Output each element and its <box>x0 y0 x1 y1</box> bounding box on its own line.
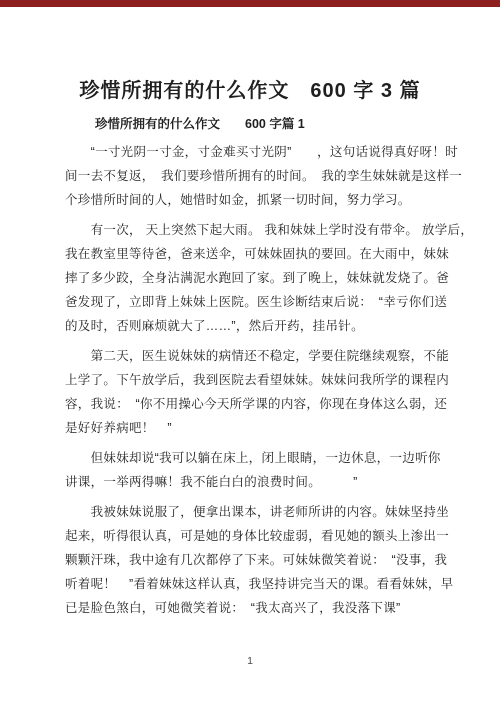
text-line: 爸发现了，立即背上妹妹上医院。医生诊断结束后说： “幸亏你们送 <box>65 290 439 314</box>
text-line: 是好好养病吧！ ” <box>65 416 439 440</box>
text-line: 听着呢！ ”看着妹妹这样认真，我坚持讲完当天的课。看看妹妹，早 <box>65 572 439 596</box>
text-line: 起来，听得很认真，可是她的身体比较虚弱，看见她的额头上渗出一 <box>65 524 439 548</box>
paragraph: 第二天，医生说妹妹的病情还不稳定，学要住院继续观察，不能上学了。下午放学后，我到… <box>65 344 439 440</box>
text-line: 上学了。下午放学后，我到医院去看望妹妹。妹妹问我所学的课程内 <box>65 368 439 392</box>
text-line: “一寸光阴一寸金，寸金难买寸光阴” ，这句话说得真好呀！时 <box>65 140 439 164</box>
paragraph: “一寸光阴一寸金，寸金难买寸光阴” ，这句话说得真好呀！时间一去不复返， 我们要… <box>65 140 439 212</box>
text-line: 讲课，一举两得嘛！我不能白白的浪费时间。 ” <box>65 470 439 494</box>
text-line: 有一次， 天上突然下起大雨。 我和妹妹上学时没有带伞。 放学后， <box>65 218 439 242</box>
text-line: 我在教室里等待爸，爸来送伞，可妹妹固执的要回。在大雨中，妹妹 <box>65 242 439 266</box>
essay-body: “一寸光阴一寸金，寸金难买寸光阴” ，这句话说得真好呀！时间一去不复返， 我们要… <box>65 140 439 620</box>
page-title: 珍惜所拥有的什么作文 600 字 3 篇 <box>0 74 500 103</box>
text-line: 摔了多少跤，全身沾满泥水跑回了家。到了晚上，妹妹就发烧了。爸 <box>65 266 439 290</box>
paragraph: 有一次， 天上突然下起大雨。 我和妹妹上学时没有带伞。 放学后，我在教室里等待爸… <box>65 218 439 338</box>
text-line: 但妹妹却说“我可以躺在床上，闭上眼睛，一边休息，一边听你 <box>65 446 439 470</box>
text-line: 我被妹妹说服了，便拿出课本，讲老师所讲的内容。妹妹坚持坐 <box>65 500 439 524</box>
text-line: 容，我说： “你不用操心今天所学课的内容，你现在身体这么弱，还 <box>65 392 439 416</box>
top-accent-bar <box>0 0 500 7</box>
page-number: 1 <box>0 655 500 667</box>
text-line: 颗颗汗珠，我中途有几次都停了下来。可妹妹微笑着说： “没事，我 <box>65 548 439 572</box>
paragraph: 我被妹妹说服了，便拿出课本，讲老师所讲的内容。妹妹坚持坐起来，听得很认真，可是她… <box>65 500 439 620</box>
section-subtitle: 珍惜所拥有的什么作文 600 字篇 1 <box>95 114 305 132</box>
text-line: 第二天，医生说妹妹的病情还不稳定，学要住院继续观察，不能 <box>65 344 439 368</box>
text-line: 已是脸色煞白，可她微笑着说： “我太高兴了，我没落下课” <box>65 596 439 620</box>
text-line: 个珍惜所时间的人，她惜时如金，抓紧一切时间，努力学习。 <box>65 188 439 212</box>
text-line: 间一去不复返， 我们要珍惜所拥有的时间。 我的孪生妹妹就是这样一 <box>65 164 439 188</box>
document-page: 珍惜所拥有的什么作文 600 字 3 篇 珍惜所拥有的什么作文 600 字篇 1… <box>0 0 500 708</box>
paragraph: 但妹妹却说“我可以躺在床上，闭上眼睛，一边休息，一边听你讲课，一举两得嘛！我不能… <box>65 446 439 494</box>
text-line: 的及时，否则麻烦就大了……”，然后开药，挂吊针。 <box>65 314 439 338</box>
